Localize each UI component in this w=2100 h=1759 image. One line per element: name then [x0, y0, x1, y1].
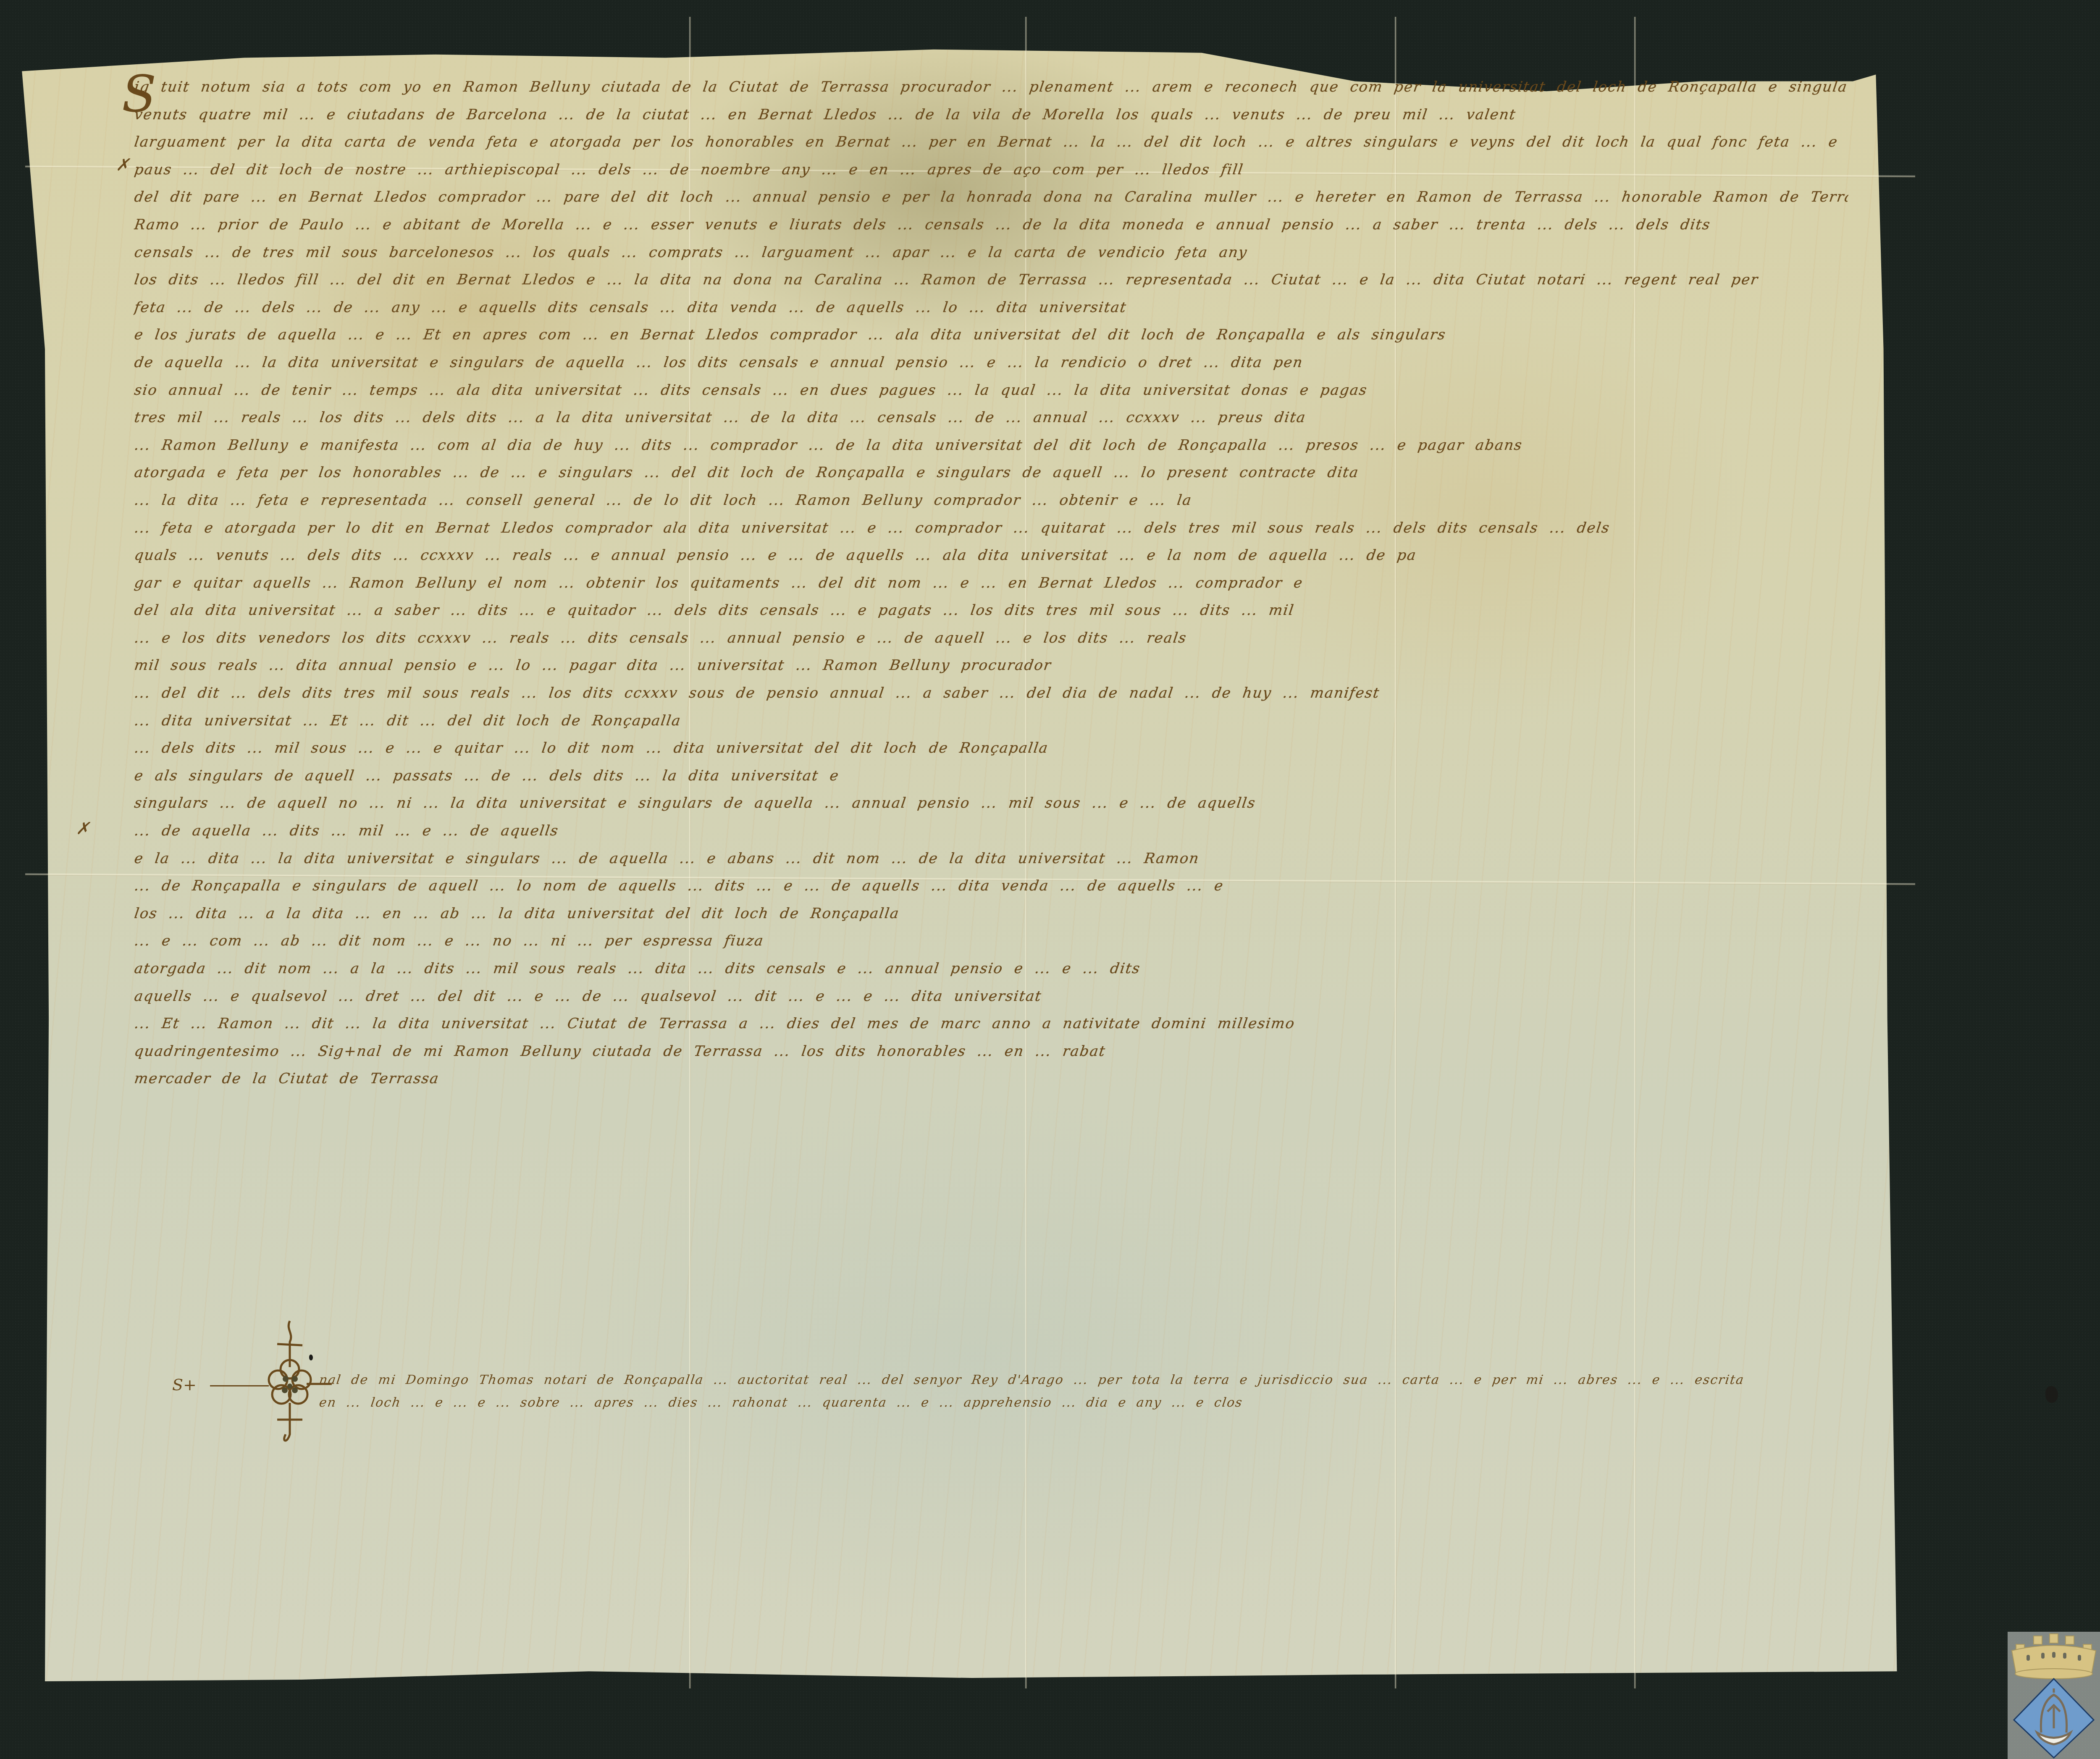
signum-lead-text: S+: [172, 1376, 197, 1394]
text-line: los ... dita ... a la dita ... en ... ab…: [132, 900, 1850, 928]
text-line: feta ... de ... dels ... de ... any ... …: [132, 294, 1850, 322]
text-line: de aquella ... la dita universitat e sin…: [132, 349, 1850, 377]
text-line: mil sous reals ... dita annual pensio e …: [132, 652, 1850, 680]
text-line: sio annual ... de tenir ... temps ... al…: [132, 377, 1850, 404]
text-line: ... de aquella ... dits ... mil ... e ..…: [132, 817, 1850, 845]
text-line: atorgada ... dit nom ... a la ... dits .…: [132, 955, 1850, 983]
text-line: atorgada e feta per los honorables ... d…: [132, 459, 1850, 487]
text-line: del ala dita universitat ... a saber ...…: [132, 597, 1850, 625]
text-line: ... Et ... Ramon ... dit ... la dita uni…: [132, 1010, 1850, 1038]
text-line: los dits ... lledos fill ... del dit en …: [132, 266, 1850, 294]
text-line: ... feta e atorgada per lo dit en Bernat…: [132, 515, 1850, 542]
text-line: Ramo ... prior de Paulo ... e abitant de…: [132, 211, 1850, 239]
text-line: quadringentesimo ... Sig+nal de mi Ramon…: [132, 1038, 1850, 1066]
text-line: aquells ... e qualsevol ... dret ... del…: [132, 983, 1850, 1011]
notary-subscription-line: nal de mi Domingo Thomas notari de Ronça…: [318, 1373, 1874, 1387]
text-line: venuts quatre mil ... e ciutadans de Bar…: [132, 101, 1850, 129]
ink-spot: [309, 1355, 313, 1360]
margin-cross-mark: ✗: [115, 155, 130, 175]
text-line: ... e los dits venedors los dits ccxxxv …: [132, 625, 1850, 652]
text-line: tres mil ... reals ... los dits ... dels…: [132, 404, 1850, 432]
deed-text-body: ig tuit notum sia a tots com yo en Ramon…: [134, 74, 1848, 1093]
text-line: del dit pare ... en Bernat Lledos compra…: [132, 184, 1850, 211]
text-line: larguament per la dita carta de venda fe…: [132, 129, 1850, 156]
text-line: ... e ... com ... ab ... dit nom ... e .…: [132, 927, 1850, 955]
coat-of-arms-logo: [2008, 1632, 2100, 1759]
text-line: ... dita universitat ... Et ... dit ... …: [132, 707, 1850, 735]
text-line: e la ... dita ... la dita universitat e …: [132, 845, 1850, 873]
margin-cross-mark: ✗: [76, 819, 90, 838]
text-line: ... la dita ... feta e representada ... …: [132, 487, 1850, 515]
text-line: quals ... venuts ... dels dits ... ccxxx…: [132, 542, 1850, 570]
text-line: mercader de la Ciutat de Terrassa: [132, 1065, 1850, 1093]
notary-subscription-line: en ... loch ... e ... e ... sobre ... ap…: [318, 1395, 1874, 1410]
text-line: ... de Ronçapalla e singulars de aquell …: [132, 872, 1850, 900]
text-line: e los jurats de aquella ... e ... Et en …: [132, 321, 1850, 349]
text-line: ... del dit ... dels dits tres mil sous …: [132, 680, 1850, 707]
text-line: paus ... del dit loch de nostre ... arth…: [132, 156, 1850, 184]
text-line: censals ... de tres mil sous barceloneso…: [132, 239, 1850, 267]
text-line: singulars ... de aquell no ... ni ... la…: [132, 790, 1850, 817]
text-line: ... dels dits ... mil sous ... e ... e q…: [132, 735, 1850, 762]
crown-and-shield-icon: [2008, 1632, 2100, 1759]
ink-blot: [2045, 1386, 2058, 1403]
text-line: ... Ramon Belluny e manifesta ... com al…: [132, 432, 1850, 459]
text-line: ig tuit notum sia a tots com yo en Ramon…: [132, 74, 1850, 101]
text-line: e als singulars de aquell ... passats ..…: [132, 762, 1850, 790]
text-line: gar e quitar aquells ... Ramon Belluny e…: [132, 570, 1850, 597]
